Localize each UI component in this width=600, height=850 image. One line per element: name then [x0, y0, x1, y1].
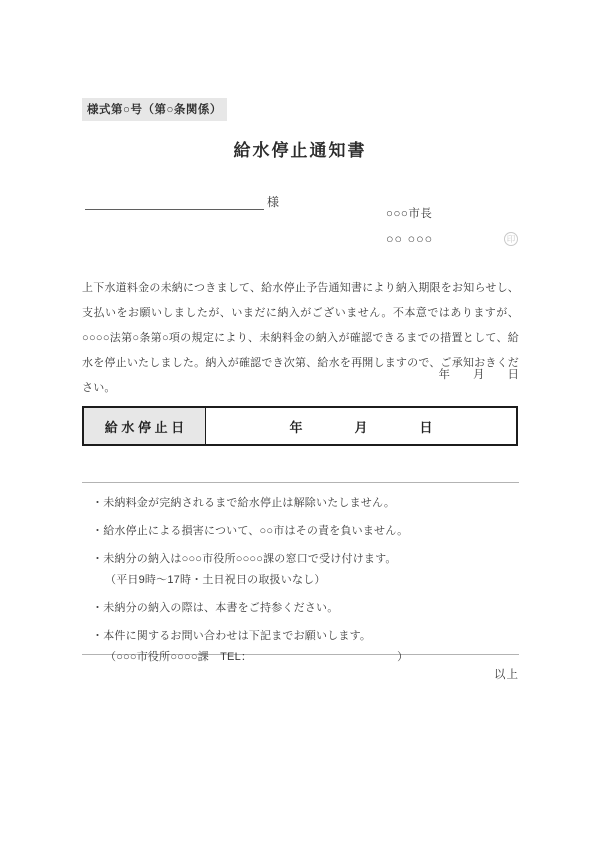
sender-name: ○○ ○○○: [386, 232, 433, 246]
body-paragraph: 上下水道料金の未納につきまして、給水停止予告通知書により納入期限をお知らせし、支…: [82, 276, 519, 401]
note-subtext: （平日9時～17時・土日祝日の取扱いなし）: [105, 570, 519, 590]
addressee-suffix: 様: [267, 195, 280, 209]
note-item: ・未納料金が完納されるまで給水停止は解除いたしません。: [92, 493, 519, 513]
issue-date-line: 年 月 日: [82, 366, 519, 382]
sender-block: ○○○市長 ○○ ○○○ 印: [386, 205, 518, 246]
stop-date-table: 給 水 停 止 日 年 月 日: [82, 406, 518, 446]
form-number-label: 様式第○号（第○条関係）: [82, 98, 227, 121]
note-text: 未納分の納入の際は、本書をご持参ください。: [103, 602, 338, 614]
note-bullet: ・: [92, 630, 103, 642]
note-subtext: （○○○市役所○○○○課 TEL：）: [105, 647, 519, 667]
tel-label: （○○○市役所○○○○課 TEL：: [105, 651, 252, 663]
note-bullet: ・: [92, 602, 103, 614]
note-text: 本件に関するお問い合わせは下記までお願いします。: [103, 630, 371, 642]
note-bullet: ・: [92, 525, 103, 537]
notes-section: ・未納料金が完納されるまで給水停止は解除いたしません。 ・給水停止による損害につ…: [82, 482, 519, 655]
stop-date-header-cell: 給 水 停 止 日: [84, 408, 206, 444]
note-bullet: ・: [92, 553, 103, 565]
tel-close-paren: ）: [397, 651, 408, 663]
stop-date-value-cell: 年 月 日: [206, 408, 516, 444]
note-bullet: ・: [92, 497, 103, 509]
note-item: ・給水停止による損害について、○○市はその責を負いません。: [92, 521, 519, 541]
sender-title: ○○○市長: [386, 205, 518, 221]
page-title: 給水停止通知書: [0, 136, 600, 161]
seal-icon: 印: [504, 232, 518, 246]
note-item: ・未納分の納入は○○○市役所○○○○課の窓口で受け付けます。 （平日9時～17時…: [92, 549, 519, 590]
addressee-row: 様: [85, 193, 280, 210]
note-item: ・未納分の納入の際は、本書をご持参ください。: [92, 598, 519, 618]
note-text: 未納料金が完納されるまで給水停止は解除いたしません。: [103, 497, 395, 509]
closing-label: 以上: [82, 666, 519, 682]
document-page: 様式第○号（第○条関係） 給水停止通知書 様 ○○○市長 ○○ ○○○ 印 上下…: [0, 0, 600, 850]
note-item: ・本件に関するお問い合わせは下記までお願いします。 （○○○市役所○○○○課 T…: [92, 626, 519, 667]
note-text: 未納分の納入は○○○市役所○○○○課の窓口で受け付けます。: [103, 553, 396, 565]
sender-name-row: ○○ ○○○ 印: [386, 232, 518, 246]
addressee-name-blank: [85, 193, 264, 210]
note-text: 給水停止による損害について、○○市はその責を負いません。: [103, 525, 408, 537]
